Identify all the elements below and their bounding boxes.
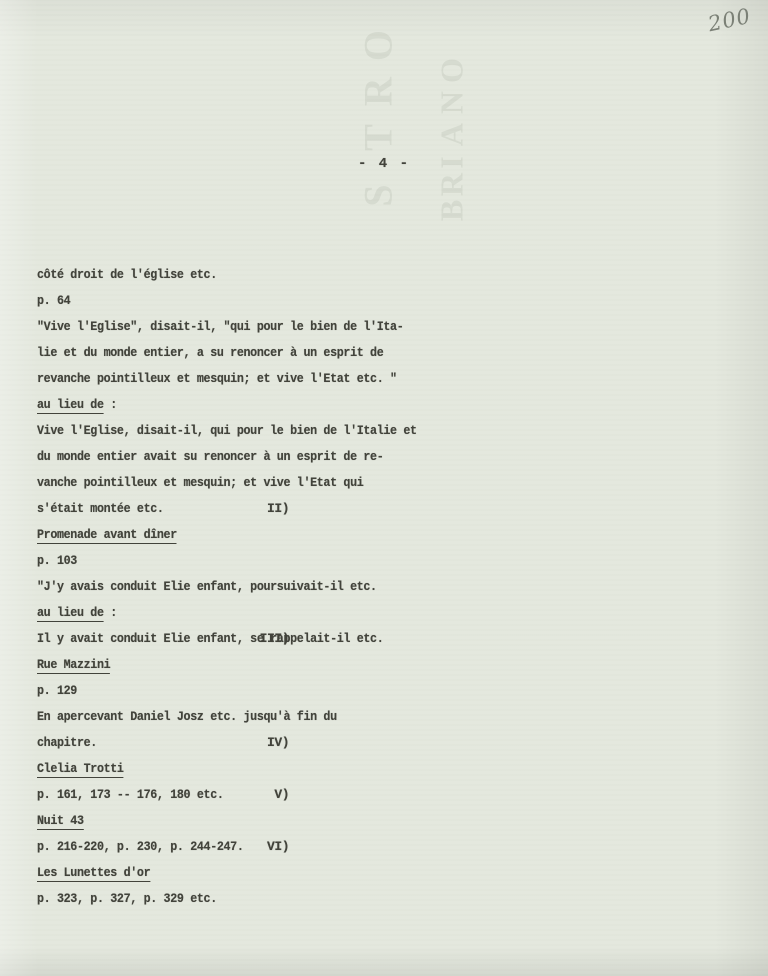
line-text: Il y avait conduit Elie enfant, se rappe… — [37, 626, 383, 652]
handwritten-page-number: 200 — [706, 4, 753, 36]
line-text: "Vive l'Eglise", disait-il, "qui pour le… — [37, 314, 403, 340]
line-text: En apercevant Daniel Josz etc. jusqu'à f… — [37, 704, 337, 730]
line-text: Les Lunettes d'or — [37, 860, 150, 886]
line-text: au lieu de : — [37, 600, 117, 626]
line-text: Nuit 43 — [37, 808, 84, 834]
line-text: Rue Mazzini — [37, 652, 110, 678]
document-text: côté droit de l'église etc. p. 64 "Vive … — [0, 210, 768, 860]
line-text: p. 161, 173 -- 176, 180 etc. — [37, 782, 224, 808]
line-text: revanche pointilleux et mesquin; et vive… — [37, 366, 397, 392]
line-text: Clelia Trotti — [37, 756, 124, 782]
line-text: "J'y avais conduit Elie enfant, poursuiv… — [37, 574, 377, 600]
watermark-letter: T — [355, 118, 402, 158]
line-text: p. 64 — [37, 288, 70, 314]
document-page: 200 ORTS ONAIRB - 4 - côté droit de l'ég… — [0, 0, 768, 976]
watermark-letter: O — [355, 26, 402, 66]
line-text: p. 103 — [37, 548, 77, 574]
text-line: côté droit de l'église etc. — [0, 210, 768, 236]
line-text: p. 129 — [37, 678, 77, 704]
line-text: s'était montée etc. — [37, 496, 164, 522]
line-text: au lieu de : — [37, 392, 117, 418]
line-text: vanche pointilleux et mesquin; et vive l… — [37, 470, 363, 496]
line-text: côté droit de l'église etc. — [37, 262, 217, 288]
line-text: p. 323, p. 327, p. 329 etc. — [37, 886, 217, 912]
page-number: - 4 - — [0, 156, 768, 172]
line-text: Promenade avant dîner — [37, 522, 177, 548]
watermark-letter: R — [355, 72, 402, 112]
line-text: lie et du monde entier, a su renoncer à … — [37, 340, 383, 366]
line-text: chapitre. — [37, 730, 97, 756]
line-text: p. 216-220, p. 230, p. 244-247. — [37, 834, 244, 860]
line-text: Vive l'Eglise, disait-il, qui pour le bi… — [37, 418, 417, 444]
line-text: du monde entier avait su renoncer à un e… — [37, 444, 383, 470]
